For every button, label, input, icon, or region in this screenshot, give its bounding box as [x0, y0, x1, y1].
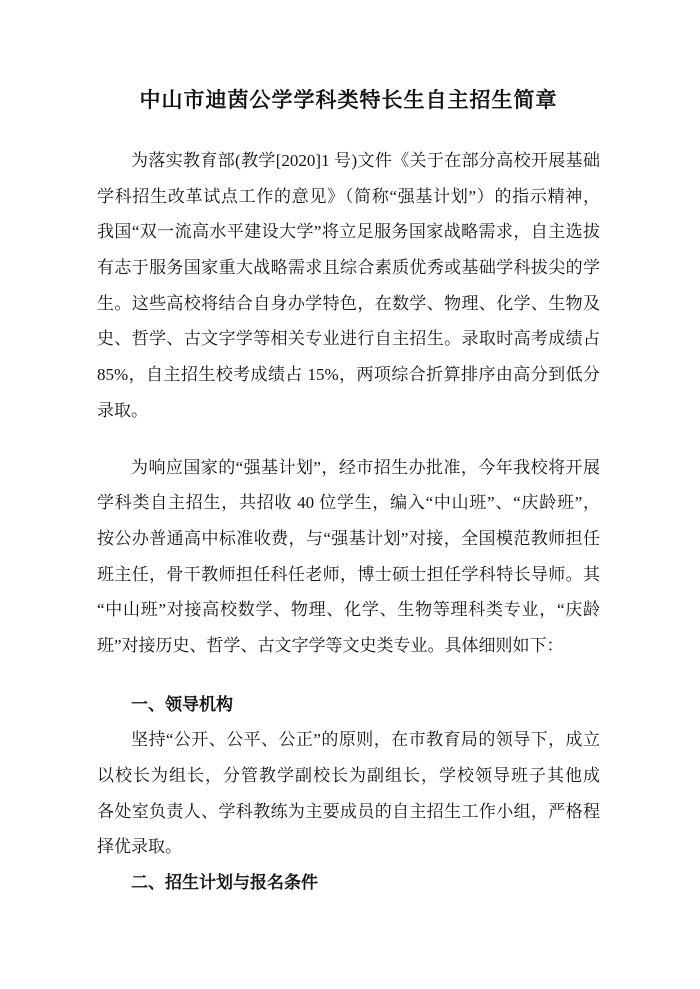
text-line: 班主任，骨干教师担任科任老师，博士硕士担任学科特长导师。其中， [97, 557, 600, 593]
text-line: 生。这些高校将结合自身办学特色，在数学、物理、化学、生物及历 [97, 286, 600, 322]
text-line: 学科类自主招生，共招收 40 位学生，编入“中山班”、“庆龄班”， [97, 485, 600, 521]
document-title: 中山市迪茵公学学科类特长生自主招生简章 [97, 86, 600, 114]
text-line: 坚持“公开、公平、公正”的原则，在市教育局的领导下，成立 [97, 722, 600, 758]
text-line: 我国“双一流高水平建设大学”将立足服务国家战略需求，自主选拔 [97, 214, 600, 250]
text-line: 择优录取。 [97, 829, 600, 865]
paragraph-school-plan: 为响应国家的“强基计划”，经市招生办批准，今年我校将开展 学科类自主招生，共招收… [97, 450, 600, 664]
paragraph-intro: 为落实教育部(教学[2020]1 号)文件《关于在部分高校开展基础 学科招生改革… [97, 143, 600, 429]
text-line: 按公办普通高中标准收费，与“强基计划”对接，全国模范教师担任 [97, 521, 600, 557]
section-heading-enrollment-plan: 二、招生计划与报名条件 [97, 865, 600, 901]
text-line: 为落实教育部(教学[2020]1 号)文件《关于在部分高校开展基础 [97, 143, 600, 179]
text-line: 各处室负责人、学科教练为主要成员的自主招生工作小组，严格程序， [97, 794, 600, 830]
text-line: 学科招生改革试点工作的意见》（简称“强基计划”）的指示精神， [97, 179, 600, 215]
text-line: “中山班”对接高校数学、物理、化学、生物等理科类专业，“庆龄 [97, 592, 600, 628]
text-line: 有志于服务国家重大战略需求且综合素质优秀或基础学科拔尖的学 [97, 250, 600, 286]
document-page: 中山市迪茵公学学科类特长生自主招生简章 为落实教育部(教学[2020]1 号)文… [0, 0, 700, 989]
text-line: 班”对接历史、哲学、古文字学等文史类专业。具体细则如下： [97, 628, 600, 664]
text-line: 为响应国家的“强基计划”，经市招生办批准，今年我校将开展 [97, 450, 600, 486]
section-heading-leadership: 一、领导机构 [97, 687, 600, 723]
text-line: 史、哲学、古文字学等相关专业进行自主招生。录取时高考成绩占 [97, 321, 600, 357]
text-line: 录取。 [97, 393, 600, 429]
text-line: 85%，自主招生校考成绩占 15%，两项综合折算排序由高分到低分 [97, 357, 600, 393]
paragraph-leadership: 坚持“公开、公平、公正”的原则，在市教育局的领导下，成立 以校长为组长，分管教学… [97, 722, 600, 865]
text-line: 以校长为组长，分管教学副校长为副组长，学校领导班子其他成员、 [97, 758, 600, 794]
